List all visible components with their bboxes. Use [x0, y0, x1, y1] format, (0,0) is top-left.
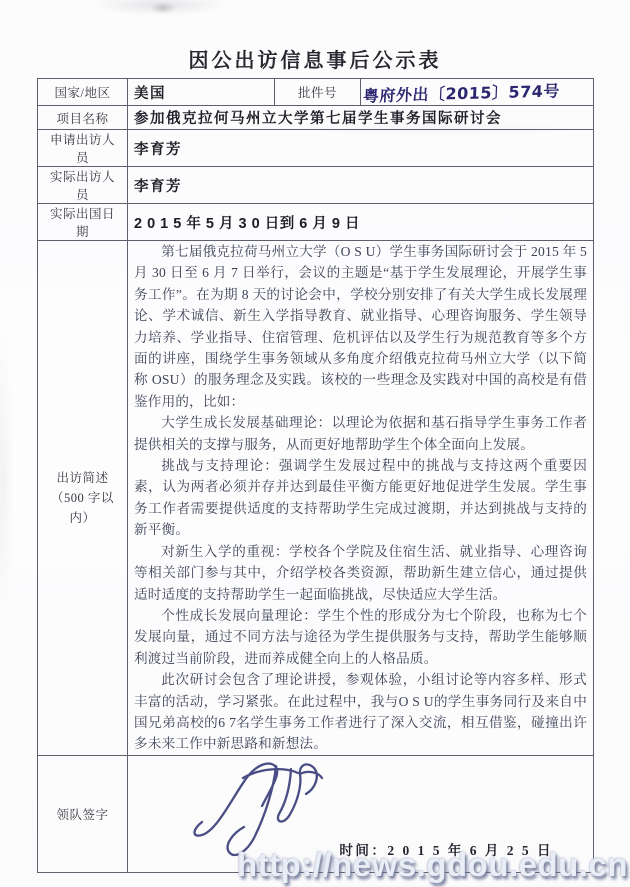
project-label: 项目名称	[38, 106, 128, 130]
summary-label: 出访简述 （500 字以内）	[38, 241, 128, 756]
applicant-value: 李育芳	[128, 130, 594, 167]
country-value: 美国	[128, 79, 275, 106]
table-row: 项目名称 参加俄克拉何马州立大学第七届学生事务国际研讨会	[38, 106, 594, 130]
table-row: 国家/地区 美国 批件号 粤府外出〔2015〕574号	[38, 79, 594, 106]
approval-number-label: 批件号	[275, 79, 361, 106]
summary-paragraph: 对新生入学的重视：学校各个学院及住宿生活、就业指导、心理咨询等相关部门参与其中，…	[134, 541, 587, 605]
project-value: 参加俄克拉何马州立大学第七届学生事务国际研讨会	[128, 106, 594, 130]
leader-signature-label: 领队签字	[38, 755, 128, 872]
page-title: 因公出访信息事后公示表	[0, 44, 630, 73]
table-row: 实际出访人员 李育芳	[38, 167, 594, 204]
trip-date-label: 实际出国日期	[38, 204, 128, 241]
actual-personnel-label: 实际出访人员	[38, 167, 128, 204]
approval-number-handwritten: 粤府外出〔2015〕574号	[363, 79, 561, 106]
summary-paragraph: 此次研讨会包含了理论讲授，参观体验，小组讨论等内容多样、形式丰富的活动，学习紧张…	[134, 669, 587, 755]
trip-date-value: 2 0 1 5 年 5 月 3 0 日到 6 月 9 日	[128, 204, 594, 241]
table-row: 出访简述 （500 字以内） 第七届俄克拉荷马州立大学（O S U）学生事务国际…	[38, 241, 594, 756]
actual-personnel-value: 李育芳	[128, 167, 594, 204]
site-watermark-url: http://news.gdou.edu.cn	[237, 846, 628, 884]
scan-smudge	[150, 2, 176, 14]
summary-paragraph: 挑战与支持理论：强调学生发展过程中的挑战与支持这两个重要因素，认为两者必须并存并…	[134, 455, 587, 541]
country-label: 国家/地区	[38, 79, 128, 106]
summary-paragraph: 第七届俄克拉荷马州立大学（O S U）学生事务国际研讨会于 2015 年 5 月…	[134, 241, 587, 412]
scan-smudge	[0, 330, 14, 630]
summary-label-line1: 出访简述	[44, 468, 121, 488]
form-table: 国家/地区 美国 批件号 粤府外出〔2015〕574号 项目名称 参加俄克拉何马…	[37, 78, 594, 873]
summary-text-cell: 第七届俄克拉荷马州立大学（O S U）学生事务国际研讨会于 2015 年 5 月…	[128, 241, 594, 756]
scanned-form-page: 因公出访信息事后公示表 国家/地区 美国 批件号 粤府外出〔2015〕574号 …	[0, 0, 630, 887]
table-row: 申请出访人员 李育芳	[38, 130, 594, 167]
summary-label-line2: （500 字以内）	[44, 488, 121, 528]
summary-paragraph: 大学生成长发展基础理论：以理论为依据和基石指导学生事务工作者提供相关的支撑与服务…	[134, 412, 587, 455]
applicant-label: 申请出访人员	[38, 130, 128, 167]
approval-number-cell: 粤府外出〔2015〕574号	[361, 79, 594, 106]
summary-paragraph: 个性成长发展向量理论：学生个性的形成分为七个阶段，也称为七个发展向量，通过不同方…	[134, 605, 587, 669]
scan-smudge	[90, 0, 230, 16]
table-row: 实际出国日期 2 0 1 5 年 5 月 3 0 日到 6 月 9 日	[38, 204, 594, 241]
